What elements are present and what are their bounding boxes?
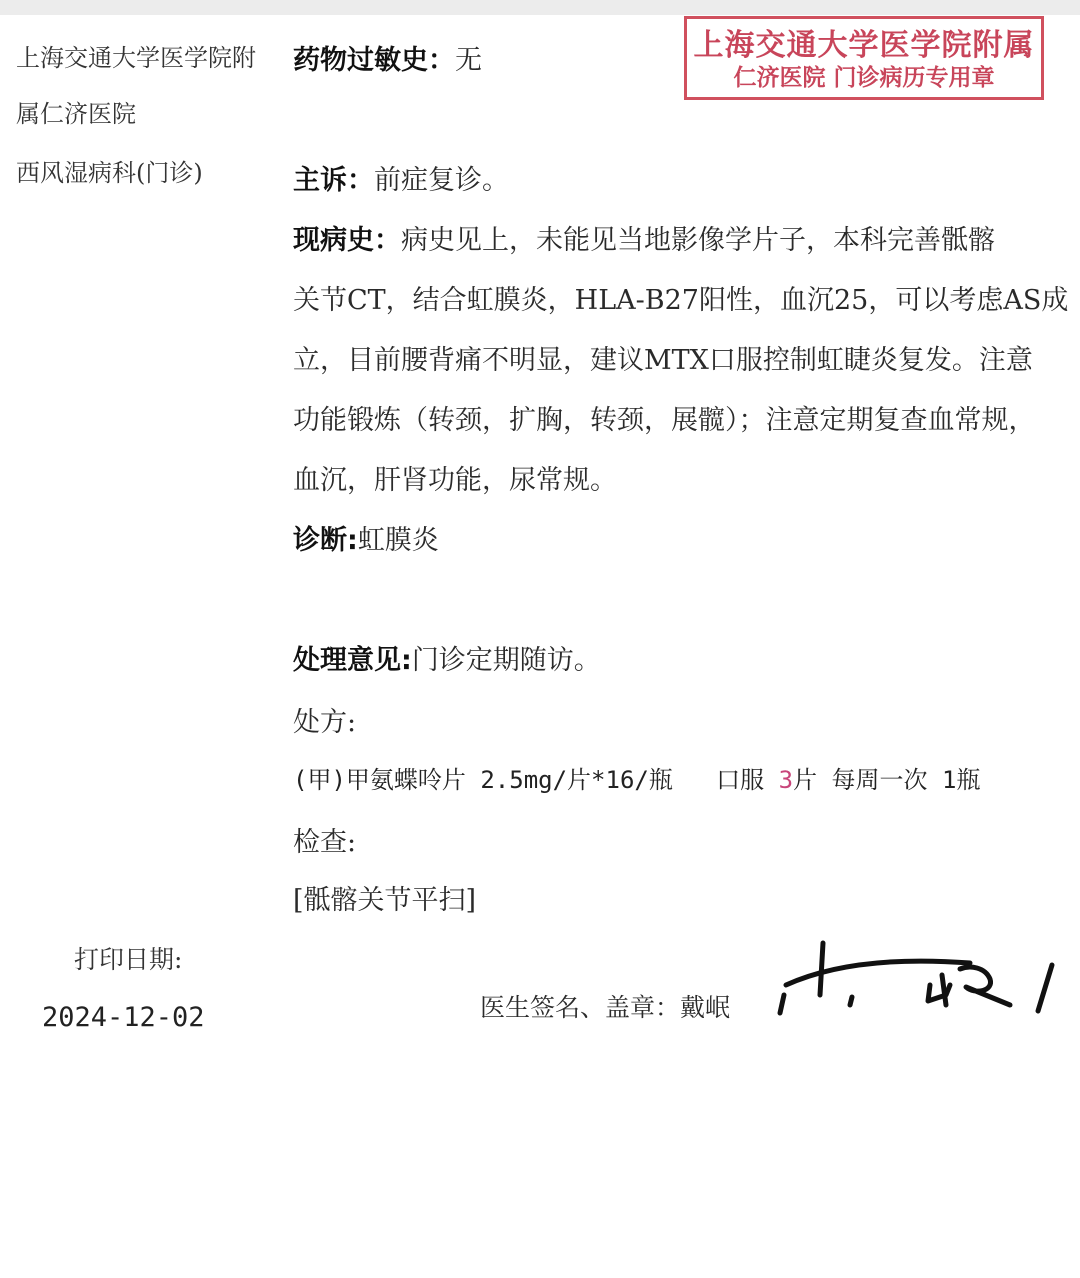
department-name: 西风湿病科(门诊) — [16, 153, 203, 188]
examination-label: 检查: — [293, 820, 356, 859]
prescription-item: (甲)甲氨蝶呤片 2.5mg/片*16/瓶 口服 3片 每周一次 1瓶 — [293, 760, 980, 795]
treatment-label: 处理意见: — [293, 645, 412, 676]
prescription-dose-highlight: 3 — [779, 766, 793, 794]
allergy-history: 药物过敏史：无 — [293, 38, 482, 77]
present-illness-text: 病史见上，未能见当地影像学片子，本科完善骶髂 — [401, 225, 995, 256]
diagnosis: 诊断:虹膜炎 — [293, 518, 439, 557]
present-illness-label: 现病史： — [293, 225, 401, 256]
top-bar — [0, 0, 1080, 15]
treatment-opinion: 处理意见:门诊定期随访。 — [293, 638, 601, 677]
present-illness-line2: 关节CT，结合虹膜炎，HLA-B27阳性，血沉25，可以考虑AS成 — [293, 278, 1068, 317]
prescription-item-prefix: (甲)甲氨蝶呤片 2.5mg/片*16/瓶 口服 — [293, 766, 779, 794]
print-date-value: 2024-12-02 — [42, 1002, 205, 1033]
stamp-line1: 上海交通大学医学院附属 — [687, 28, 1041, 64]
present-illness-line1: 现病史：病史见上，未能见当地影像学片子，本科完善骶髂 — [293, 218, 995, 257]
prescription-label: 处方: — [293, 700, 356, 739]
hospital-name-line1: 上海交通大学医学院附 — [16, 38, 256, 73]
handwritten-signature-icon — [770, 935, 1070, 1025]
treatment-value: 门诊定期随访。 — [412, 645, 601, 676]
print-date-label: 打印日期: — [74, 940, 182, 976]
chief-complaint: 主诉：前症复诊。 — [293, 158, 509, 197]
allergy-value: 无 — [455, 45, 482, 76]
diagnosis-value: 虹膜炎 — [358, 525, 439, 556]
hospital-stamp: 上海交通大学医学院附属 仁济医院 门诊病历专用章 — [684, 16, 1044, 100]
diagnosis-label: 诊断: — [293, 525, 358, 556]
stamp-line2: 仁济医院 门诊病历专用章 — [687, 64, 1041, 92]
present-illness-line4: 功能锻炼（转颈，扩胸，转颈，展髋）；注意定期复查血常规， — [293, 398, 1036, 437]
prescription-item-suffix: 片 每周一次 1瓶 — [793, 766, 980, 794]
doctor-signature-row: 医生签名、盖章：戴岷 — [480, 988, 730, 1024]
signature-label: 医生签名、盖章： — [480, 993, 680, 1022]
chief-complaint-value: 前症复诊。 — [374, 165, 509, 196]
doctor-name: 戴岷 — [680, 993, 730, 1022]
allergy-label: 药物过敏史： — [293, 45, 455, 76]
examination-value: [骶髂关节平扫] — [293, 878, 476, 917]
present-illness-line5: 血沉，肝肾功能，尿常规。 — [293, 458, 617, 497]
chief-complaint-label: 主诉： — [293, 165, 374, 196]
hospital-name-line2: 属仁济医院 — [16, 94, 136, 129]
present-illness-line3: 立，目前腰背痛不明显，建议MTX口服控制虹睫炎复发。注意 — [293, 338, 1033, 377]
